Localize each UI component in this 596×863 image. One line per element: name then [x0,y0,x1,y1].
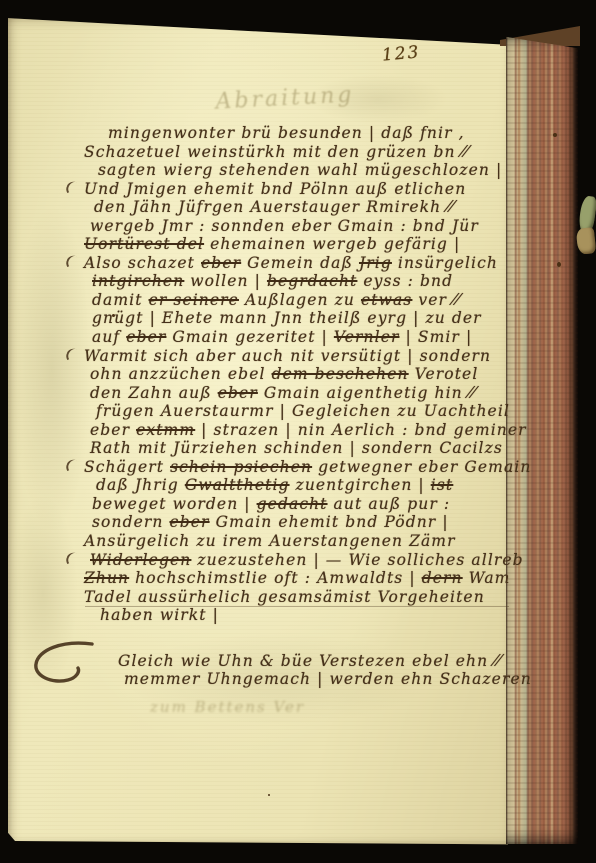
handwritten-text: ver ⁄⁄ [412,291,460,309]
handwritten-text: Wam [463,569,511,587]
manuscript-line: haben wirkt | [100,606,510,625]
handwritten-text: Gmain aigenthetig hin ⁄⁄ [258,384,476,402]
handwritten-text: Schazetuel weinstürkh mit den grüzen bn … [84,143,469,161]
struck-text: eber [169,513,209,531]
paragraph: Warmit sich aber auch nit versütigt | so… [84,347,510,625]
text-block: mingenwonter brü besunden | daß fnir ,Sc… [84,124,510,689]
handwritten-text: Gmain ehemit bnd Pödnr | [210,513,449,531]
handwritten-text: Gleich wie Uhn & büe Verstezen ebel ehn … [118,652,502,670]
handwritten-text: Also schazet [84,254,201,272]
handwritten-text: Rath mit Jürziehen schinden | sondern Ca… [90,439,503,457]
struck-text: eber [201,254,241,272]
handwritten-text: ohn anzzüchen ebel [90,365,272,383]
handwritten-text: | strazen | nin Aerlich : bnd geminer [195,421,526,439]
struck-text: dern [422,569,463,587]
handwritten-text: wergeb Jmr : sonnden eber Gmain : bnd Jü… [90,217,479,235]
manuscript-line: gnügt | Ehete mann Jnn theilß eyrg | zu … [92,309,510,328]
manuscript-line: Schazetuel weinstürkh mit den grüzen bn … [84,143,510,162]
handwritten-text: aut auß pur : [328,495,451,513]
struck-text: extmm [136,421,195,439]
handwritten-text: Schägert [84,458,170,476]
struck-text: Jrig [359,254,392,272]
handwritten-text: den Zahn auß [90,384,218,402]
handwritten-text: Und Jmigen ehemit bnd Pölnn auß etlichen [84,180,466,198]
struck-text: dem beschehen [272,365,409,383]
handwritten-text: Ansürgelich zu irem Auerstangenen Zämr [84,532,456,550]
handwritten-text: beweget worden | [92,495,257,513]
handwritten-text: damit [92,291,149,309]
manuscript-line: Warmit sich aber auch nit versütigt | so… [84,347,510,366]
handwritten-text: gnügt | Ehete mann Jnn theilß eyrg | zu … [92,309,482,327]
manuscript-line: intgirchen wollen | begrdacht eyss : bnd [92,272,510,291]
manuscript-line: Ansürgelich zu irem Auerstangenen Zämr [84,532,510,551]
struck-text: gedacht [257,495,328,513]
handwritten-text: getwegner eber Gemain [312,458,531,476]
handwritten-text: daß Jhrig [96,476,185,494]
handwritten-text: memmer Uhngemach | werden ehn Schazeren [124,670,532,688]
manuscript-line: Uortürest del ehemainen wergeb gefärig | [84,235,510,254]
verso-bleed-through [12,204,92,534]
manuscript-line: Tadel aussürhelich gesamsämist Vorgeheit… [84,588,510,607]
manuscript-line: ohn anzzüchen ebel dem beschehen Verotel [90,365,510,384]
handwritten-text: Gmain gezeritet | [166,328,334,346]
manuscript-line: sagten wierg stehenden wahl mügeschlozen… [98,161,510,180]
flourish-initial [32,640,96,692]
handwritten-text: | Smir | [399,328,472,346]
struck-text: eber [126,328,166,346]
handwritten-text: zuentgirchen | [290,476,431,494]
manuscript-line: auf eber Gmain gezeritet | Vernler | Smi… [92,328,510,347]
manuscript-line: memmer Uhngemach | werden ehn Schazeren [124,670,510,689]
manuscript-line: sondern eber Gmain ehemit bnd Pödnr | [92,513,510,532]
handwritten-text: auf [92,328,126,346]
manuscript-line: beweget worden | gedacht aut auß pur : [92,495,510,514]
handwritten-text: hochschimstlie oft : Amwaldts | [129,569,422,587]
manuscript-line: Und Jmigen ehemit bnd Pölnn auß etlichen [84,180,510,199]
manuscript-line: Widerlegen zuezustehen | — Wie solliches… [90,551,510,570]
struck-text: Uortürest del [84,235,204,253]
page-number: 123 [381,42,421,65]
handwritten-text: insürgelich [392,254,498,272]
handwritten-text: sagten wierg stehenden wahl mügeschlozen… [98,161,502,179]
binding-speck [553,133,557,137]
handwritten-text: eber [90,421,136,439]
handwritten-text: eyss : bnd [357,272,453,290]
handwritten-text: Warmit sich aber auch nit versütigt | so… [84,347,491,365]
manuscript-line: frügen Auerstaurmr | Gegleichen zu Uacht… [96,402,510,421]
handwritten-text: den Jähn Jüfrgen Auerstauger Rmirekh ⁄⁄ [94,198,455,216]
manuscript-line: den Zahn auß eber Gmain aigenthetig hin … [90,384,510,403]
struck-text: eber [218,384,258,402]
handwritten-text: frügen Auerstaurmr | Gegleichen zu Uacht… [96,402,510,420]
ghost-footer-bleed: zum Bettens Ver [150,698,430,716]
manuscript-line: daß Jhrig Gwaltthetig zuentgirchen | ist [96,476,510,495]
binding-tab [576,227,596,255]
manuscript-line: damit er seinere Außlagen zu etwas ver ⁄… [92,291,510,310]
struck-text: ist [431,476,453,494]
binding-speck [557,262,561,267]
struck-text: Gwaltthetig [185,476,290,494]
paragraph: Gleich wie Uhn & büe Verstezen ebel ehn … [84,652,510,689]
handwritten-text: mingenwonter brü besunden | daß fnir , [108,124,465,142]
handwritten-text: Außlagen zu [239,291,361,309]
manuscript-line: den Jähn Jüfrgen Auerstauger Rmirekh ⁄⁄ [94,198,510,217]
manuscript-line: Zhun hochschimstlie oft : Amwaldts | der… [84,569,510,588]
struck-text: begrdacht [267,272,357,290]
manuscript-line: wergeb Jmr : sonnden eber Gmain : bnd Jü… [90,217,510,236]
handwritten-text: zuezustehen | — Wie solliches allreb [191,551,523,569]
handwritten-text: sondern [92,513,169,531]
manuscript-line: Schägert schein psiechen getwegner eber … [84,458,510,477]
manuscript-line: Rath mit Jürziehen schinden | sondern Ca… [90,439,510,458]
manuscript-scan: 123 Abraitung mingenwonter brü besunden … [0,0,596,863]
handwritten-text: ehemainen wergeb gefärig | [204,235,460,253]
struck-text: Zhun [84,569,129,587]
handwritten-text: haben wirkt | [100,606,219,624]
manuscript-line: Also schazet eber Gemein daß Jrig insürg… [84,254,510,273]
handwritten-text: wollen | [184,272,267,290]
manuscript-line: eber extmm | strazen | nin Aerlich : bnd… [90,421,510,440]
handwritten-text: Verotel [409,365,479,383]
manuscript-line: mingenwonter brü besunden | daß fnir , [108,124,510,143]
paragraph: mingenwonter brü besunden | daß fnir ,Sc… [84,124,510,254]
struck-text: er seinere [149,291,239,309]
struck-text: intgirchen [92,272,184,290]
struck-text: etwas [361,291,412,309]
handwritten-text: Gemein daß [241,254,359,272]
fox-spot [268,794,270,796]
struck-text: Vernler [334,328,400,346]
handwritten-text: Tadel aussürhelich gesamsämist Vorgeheit… [84,588,485,606]
struck-text: Widerlegen [90,551,191,569]
struck-text: schein psiechen [170,458,312,476]
paragraph: Also schazet eber Gemein daß Jrig insürg… [84,254,510,347]
manuscript-line: Gleich wie Uhn & büe Verstezen ebel ehn … [118,652,510,671]
